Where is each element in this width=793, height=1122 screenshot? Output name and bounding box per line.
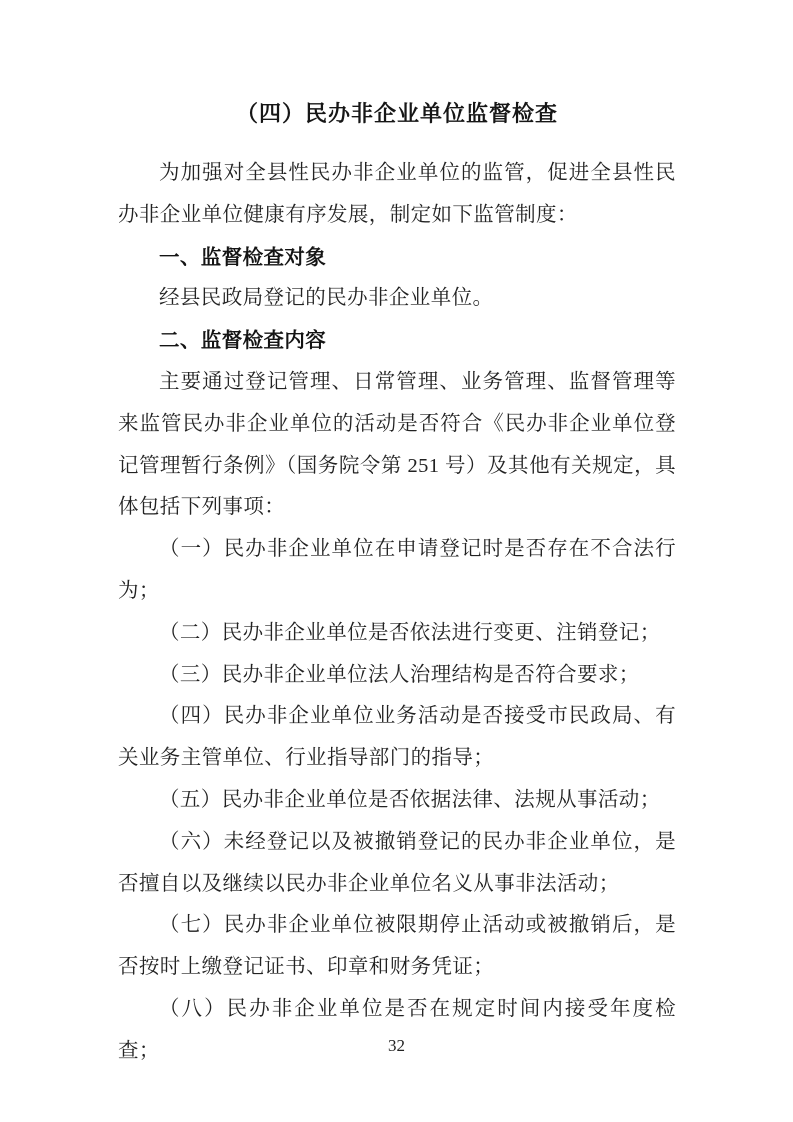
document-body: 为加强对全县性民办非企业单位的监管，促进全县性民办非企业单位健康有序发展，制定如… — [118, 153, 676, 1073]
document-page: （四）民办非企业单位监督检查 为加强对全县性民办非企业单位的监管，促进全县性民办… — [0, 0, 793, 1122]
section-1-body: 经县民政局登记的民办非企业单位。 — [118, 278, 676, 320]
list-item-5: （五）民办非企业单位是否依据法律、法规从事活动； — [118, 780, 676, 822]
document-title: （四）民办非企业单位监督检查 — [118, 0, 676, 127]
intro-paragraph: 为加强对全县性民办非企业单位的监管，促进全县性民办非企业单位健康有序发展，制定如… — [118, 153, 676, 237]
list-item-1: （一）民办非企业单位在申请登记时是否存在不合法行为； — [118, 529, 676, 613]
list-item-2: （二）民办非企业单位是否依法进行变更、注销登记； — [118, 613, 676, 655]
list-item-6: （六）未经登记以及被撤销登记的民办非企业单位，是否擅自以及继续以民办非企业单位名… — [118, 822, 676, 906]
list-item-3: （三）民办非企业单位法人治理结构是否符合要求； — [118, 655, 676, 697]
list-item-8: （八）民办非企业单位是否在规定时间内接受年度检查； — [118, 989, 676, 1073]
section-2-intro: 主要通过登记管理、日常管理、业务管理、监督管理等来监管民办非企业单位的活动是否符… — [118, 362, 676, 529]
list-item-7: （七）民办非企业单位被限期停止活动或被撤销后，是否按时上缴登记证书、印章和财务凭… — [118, 905, 676, 989]
list-item-4: （四）民办非企业单位业务活动是否接受市民政局、有关业务主管单位、行业指导部门的指… — [118, 696, 676, 780]
section-2-heading: 二、监督检查内容 — [118, 320, 676, 362]
section-1-heading: 一、监督检查对象 — [118, 237, 676, 279]
page-number: 32 — [0, 1036, 793, 1056]
